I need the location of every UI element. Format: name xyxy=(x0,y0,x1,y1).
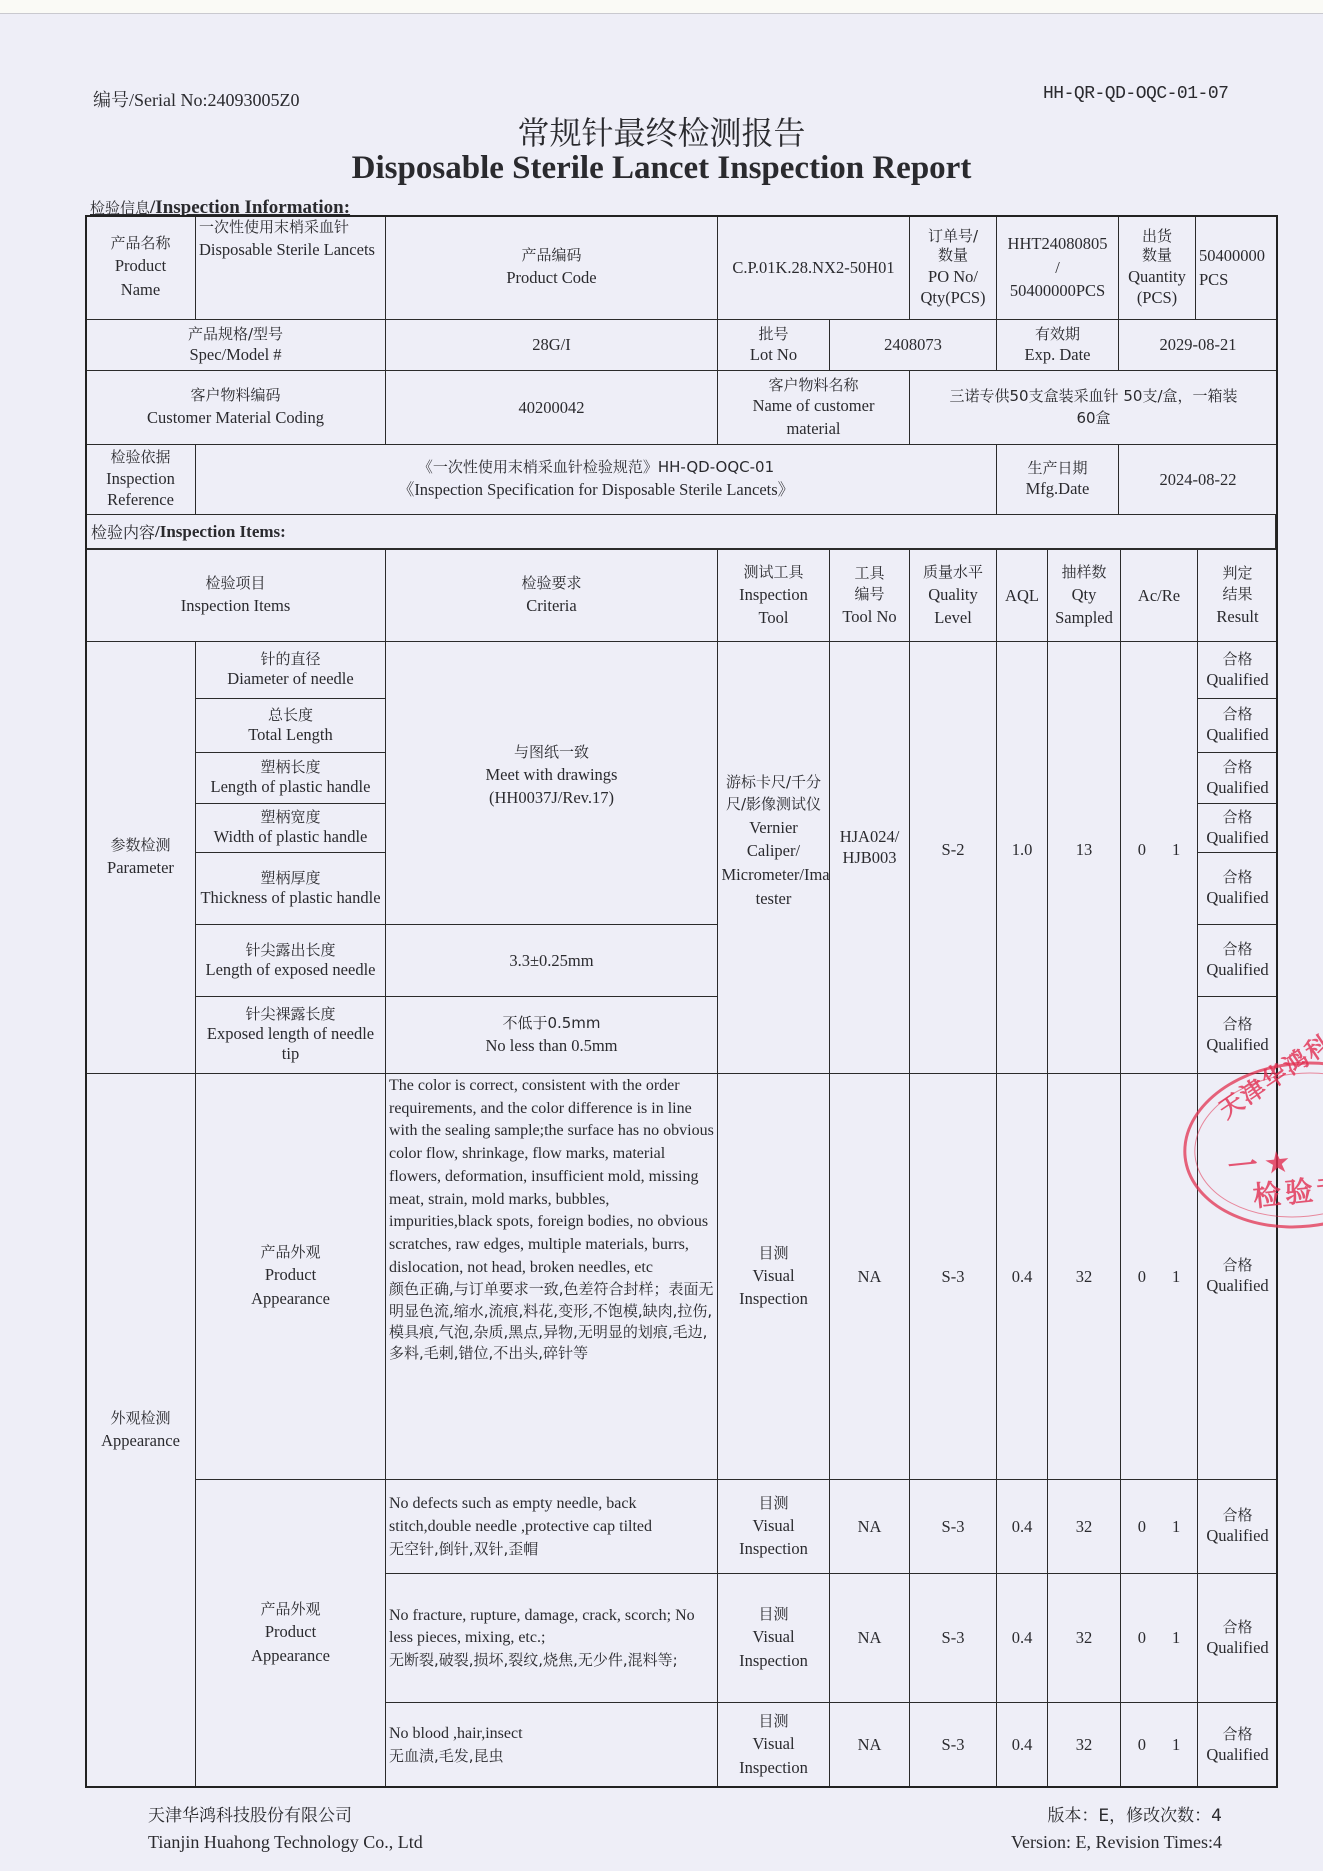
appearance-quality-level: S-3 xyxy=(909,1073,997,1480)
footer-company: 天津华鸿科技股份有限公司 Tianjin Huahong Technology … xyxy=(148,1803,423,1857)
criteria-tip-length: 不低于0.5mm No less than 0.5mm xyxy=(385,996,718,1074)
appearance-result: 合格Qualified xyxy=(1197,1573,1278,1703)
parameter-result: 合格Qualified xyxy=(1197,924,1278,997)
inspection-reference-value: 《一次性使用末梢采血针检验规范》HH-QD-OQC-01 《Inspection… xyxy=(195,444,997,515)
re-value: 1 xyxy=(1172,838,1180,862)
appearance-tool-no: NA xyxy=(829,1073,910,1480)
parameter-result: 合格Qualified xyxy=(1197,752,1278,804)
appearance-ac-re: 01 xyxy=(1120,1702,1198,1788)
col-header-tool-no: 工具 编号 Tool No xyxy=(829,549,910,642)
document-number: HH-QR-QD-OQC-01-07 xyxy=(1043,84,1228,104)
product-name-value: 一次性使用末梢采血针 Disposable Sterile Lancets xyxy=(195,215,386,320)
col-header-quality-level: 质量水平 Quality Level xyxy=(909,549,997,642)
parameter-item: 塑柄长度Length of plastic handle xyxy=(195,752,386,804)
appearance-criteria: No defects such as empty needle, back st… xyxy=(385,1479,718,1574)
col-header-qty-sampled: 抽样数 Qty Sampled xyxy=(1047,549,1121,642)
parameter-tool-no: HJA024/ HJB003 xyxy=(829,641,910,1074)
col-header-criteria: 检验要求 Criteria xyxy=(385,549,718,642)
parameter-item: 塑柄厚度Thickness of plastic handle xyxy=(195,852,386,925)
report-title-en: Disposable Sterile Lancet Inspection Rep… xyxy=(0,150,1323,187)
appearance-group-label: 外观检测 Appearance xyxy=(85,1073,196,1788)
col-header-result: 判定 结果 Result xyxy=(1197,549,1278,642)
parameter-item: 塑柄宽度Width of plastic handle xyxy=(195,803,386,853)
appearance-aql: 0.4 xyxy=(996,1573,1048,1703)
appearance-ac-re: 01 xyxy=(1120,1573,1198,1703)
product-code-value: C.P.01K.28.NX2-50H01 xyxy=(717,215,910,320)
po-value: HHT24080805 / 50400000PCS xyxy=(996,215,1119,320)
appearance-tool: 目测VisualInspection xyxy=(717,1702,830,1788)
parameter-item: 总长度Total Length xyxy=(195,698,386,753)
report-title-cn: 常规针最终检测报告 xyxy=(0,108,1323,154)
re-value: 1 xyxy=(1172,1626,1180,1650)
appearance-tool: 目测VisualInspection xyxy=(717,1573,830,1703)
lot-no-label: 批号 Lot No xyxy=(717,319,830,371)
company-name-cn: 天津华鸿科技股份有限公司 xyxy=(148,1803,423,1829)
appearance-tool: 目测VisualInspection xyxy=(717,1073,830,1480)
parameter-aql: 1.0 xyxy=(996,641,1048,1074)
appearance-subgroup-1: 产品外观 Product Appearance xyxy=(195,1073,386,1480)
re-value: 1 xyxy=(1172,1733,1180,1757)
re-value: 1 xyxy=(1172,1515,1180,1539)
parameter-item: 针的直径Diameter of needle xyxy=(195,641,386,699)
product-name-label: 产品名称 Product Name xyxy=(85,215,196,320)
parameter-item: 针尖露出长度Length of exposed needle xyxy=(195,924,386,997)
ac-value: 0 xyxy=(1138,838,1146,862)
col-header-ac-re: Ac/Re xyxy=(1120,549,1198,642)
criteria-meet-drawings: 与图纸一致 Meet with drawings (HH0037J/Rev.17… xyxy=(385,641,718,925)
re-value: 1 xyxy=(1172,1265,1180,1289)
appearance-tool-no: NA xyxy=(829,1702,910,1788)
appearance-aql: 0.4 xyxy=(996,1479,1048,1574)
customer-material-code-value: 40200042 xyxy=(385,370,718,445)
appearance-qty-sampled: 32 xyxy=(1047,1479,1121,1574)
appearance-qty-sampled: 32 xyxy=(1047,1073,1121,1480)
col-header-inspection-items: 检验项目 Inspection Items xyxy=(85,549,386,642)
product-code-label: 产品编码 Product Code xyxy=(385,215,718,320)
parameter-group-label: 参数检测 Parameter xyxy=(85,641,196,1074)
parameter-result: 合格Qualified xyxy=(1197,698,1278,753)
customer-material-name-value: 三诺专供50支盒装采血针 50支/盒，一箱装 60盒 xyxy=(909,370,1278,445)
page-top-edge xyxy=(0,0,1323,14)
appearance-result: 合格Qualified xyxy=(1197,1479,1278,1574)
ac-value: 0 xyxy=(1138,1265,1146,1289)
parameter-qty-sampled: 13 xyxy=(1047,641,1121,1074)
ship-quantity-value: 50400000 PCS xyxy=(1195,215,1278,320)
parameter-inspection-tool: 游标卡尺/千分尺/影像测试仪 Vernier Caliper/ Micromet… xyxy=(717,641,830,1074)
parameter-result: 合格Qualified xyxy=(1197,641,1278,699)
spec-model-value: 28G/I xyxy=(385,319,718,371)
criteria-exposed-length: 3.3±0.25mm xyxy=(385,924,718,997)
version-cn: 版本：E，修改次数：4 xyxy=(972,1803,1222,1829)
ac-value: 0 xyxy=(1138,1515,1146,1539)
col-header-inspection-tool: 测试工具 Inspection Tool xyxy=(717,549,830,642)
ac-value: 0 xyxy=(1138,1733,1146,1757)
appearance-tool: 目测VisualInspection xyxy=(717,1479,830,1574)
parameter-item: 针尖裸露长度Exposed length of needle tip xyxy=(195,996,386,1074)
appearance-criteria: The color is correct, consistent with th… xyxy=(385,1073,718,1480)
exp-date-value: 2029-08-21 xyxy=(1118,319,1278,371)
parameter-result: 合格Qualified xyxy=(1197,996,1278,1074)
ship-quantity-label: 出货 数量 Quantity (PCS) xyxy=(1118,215,1196,320)
appearance-qty-sampled: 32 xyxy=(1047,1702,1121,1788)
appearance-result: 合格Qualified xyxy=(1197,1073,1278,1480)
appearance-subgroup-2: 产品外观 Product Appearance xyxy=(195,1479,386,1788)
mfg-date-label: 生产日期 Mfg.Date xyxy=(996,444,1119,515)
appearance-tool-no: NA xyxy=(829,1479,910,1574)
appearance-quality-level: S-3 xyxy=(909,1479,997,1574)
version-en: Version: E, Revision Times:4 xyxy=(972,1829,1222,1857)
appearance-result: 合格Qualified xyxy=(1197,1702,1278,1788)
parameter-result: 合格Qualified xyxy=(1197,803,1278,853)
appearance-tool-no: NA xyxy=(829,1573,910,1703)
spec-model-label: 产品规格/型号 Spec/Model # xyxy=(85,319,386,371)
parameter-ac-re: 0 1 xyxy=(1120,641,1198,1074)
col-header-aql: AQL xyxy=(996,549,1048,642)
parameter-quality-level: S-2 xyxy=(909,641,997,1074)
po-label: 订单号/ 数量 PO No/ Qty(PCS) xyxy=(909,215,997,320)
footer-version: 版本：E，修改次数：4 Version: E, Revision Times:4 xyxy=(972,1803,1222,1857)
parameter-result: 合格Qualified xyxy=(1197,852,1278,925)
appearance-qty-sampled: 32 xyxy=(1047,1573,1121,1703)
inspection-reference-label: 检验依据 Inspection Reference xyxy=(85,444,196,515)
lot-no-value: 2408073 xyxy=(829,319,997,371)
appearance-aql: 0.4 xyxy=(996,1073,1048,1480)
customer-material-name-label: 客户物料名称 Name of customer material xyxy=(717,370,910,445)
appearance-quality-level: S-3 xyxy=(909,1702,997,1788)
mfg-date-value: 2024-08-22 xyxy=(1118,444,1278,515)
appearance-quality-level: S-3 xyxy=(909,1573,997,1703)
appearance-ac-re: 01 xyxy=(1120,1479,1198,1574)
ac-value: 0 xyxy=(1138,1626,1146,1650)
appearance-ac-re: 01 xyxy=(1120,1073,1198,1480)
company-name-en: Tianjin Huahong Technology Co., Ltd xyxy=(148,1829,423,1857)
customer-material-code-label: 客户物料编码 Customer Material Coding xyxy=(85,370,386,445)
appearance-criteria: No fracture, rupture, damage, crack, sco… xyxy=(385,1573,718,1703)
inspection-items-heading: 检验内容/Inspection Items: xyxy=(86,514,1276,549)
exp-date-label: 有效期 Exp. Date xyxy=(996,319,1119,371)
appearance-criteria: No blood ,hair,insect无血渍,毛发,昆虫 xyxy=(385,1702,718,1788)
appearance-aql: 0.4 xyxy=(996,1702,1048,1788)
